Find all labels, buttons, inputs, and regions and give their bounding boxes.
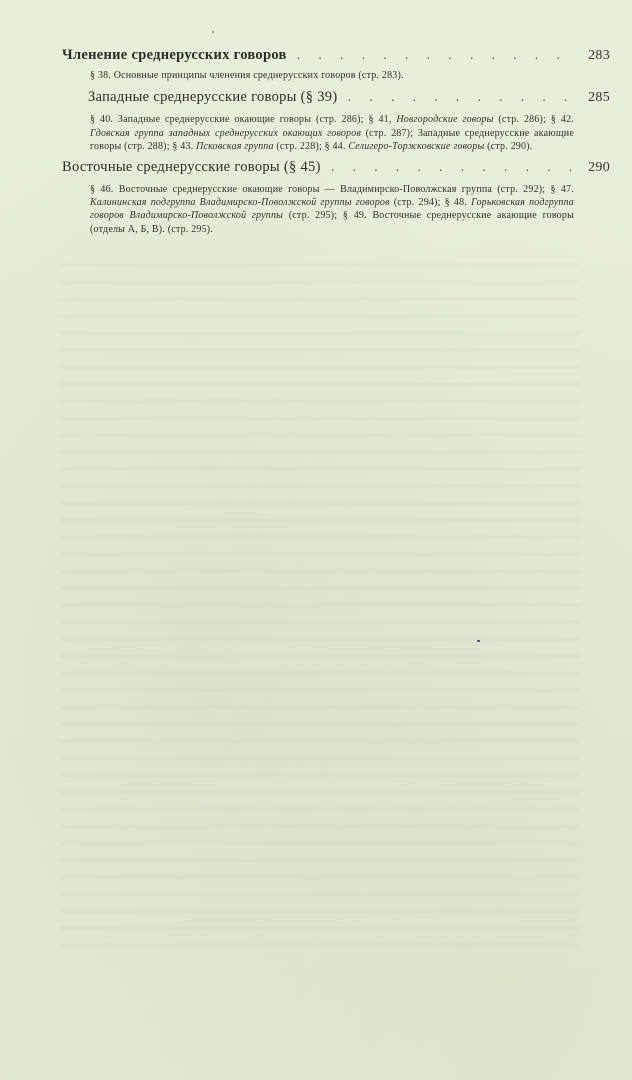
toc-entry: Членение среднерусских говоров . . . . .… [62, 46, 610, 82]
ink-speck [212, 31, 214, 33]
ink-speck [477, 640, 480, 642]
dot-leader: . . . . . . . . . . . . . . . . . . . . … [347, 88, 574, 106]
subsection-text: § 38. Основные принципы членения среднер… [90, 70, 404, 81]
page-number: 285 [580, 89, 610, 107]
subsection-italic: Гдовская группа западных среднерусских о… [90, 128, 361, 139]
scanned-page: Членение среднерусских говоров . . . . .… [0, 0, 632, 1080]
subsection-text: (стр. 294); § 48. [390, 197, 471, 208]
dot-leader: . . . . . . . . . . . . . . . . . . . . … [331, 158, 574, 176]
page-number: 290 [580, 159, 610, 177]
toc-heading: Членение среднерусских говоров [62, 46, 287, 64]
subsection-italic: Новгородские говоры [396, 114, 493, 125]
table-of-contents: Членение среднерусских говоров . . . . .… [62, 46, 610, 240]
toc-subsections: § 40. Западные среднерусские окающие гов… [62, 113, 610, 153]
subsection-italic: Псковская группа [196, 141, 274, 152]
bleed-through-texture [60, 250, 580, 950]
toc-entry: Западные среднерусские говоры (§ 39) . .… [62, 88, 610, 153]
subsection-italic: Селигеро-Торжковские говоры [348, 141, 484, 152]
toc-heading-row: Восточные среднерусские говоры (§ 45) . … [62, 158, 610, 177]
toc-heading-row: Членение среднерусских говоров . . . . .… [62, 46, 610, 65]
toc-subsections: § 38. Основные принципы членения среднер… [62, 69, 610, 82]
subsection-text: (стр. 228); § 44. [274, 141, 349, 152]
subsection-text: § 40. Западные среднерусские окающие гов… [90, 114, 396, 125]
toc-subsections: § 46. Восточные среднерусские окающие го… [62, 183, 610, 237]
subsection-text: (стр. 286); § 42. [494, 114, 574, 125]
page-number: 283 [580, 47, 610, 65]
subsection-italic: Калининская подгруппа Владимирско-Поволж… [90, 197, 390, 208]
toc-heading: Восточные среднерусские говоры (§ 45) [62, 158, 321, 176]
dot-leader: . . . . . . . . . . . . . . . . . . . . … [297, 46, 574, 64]
toc-entry: Восточные среднерусские говоры (§ 45) . … [62, 158, 610, 237]
toc-heading-row: Западные среднерусские говоры (§ 39) . .… [62, 88, 610, 107]
subsection-text: (стр. 290). [484, 141, 532, 152]
toc-heading: Западные среднерусские говоры (§ 39) [88, 88, 337, 106]
subsection-text: § 46. Восточные среднерусские окающие го… [90, 184, 574, 195]
